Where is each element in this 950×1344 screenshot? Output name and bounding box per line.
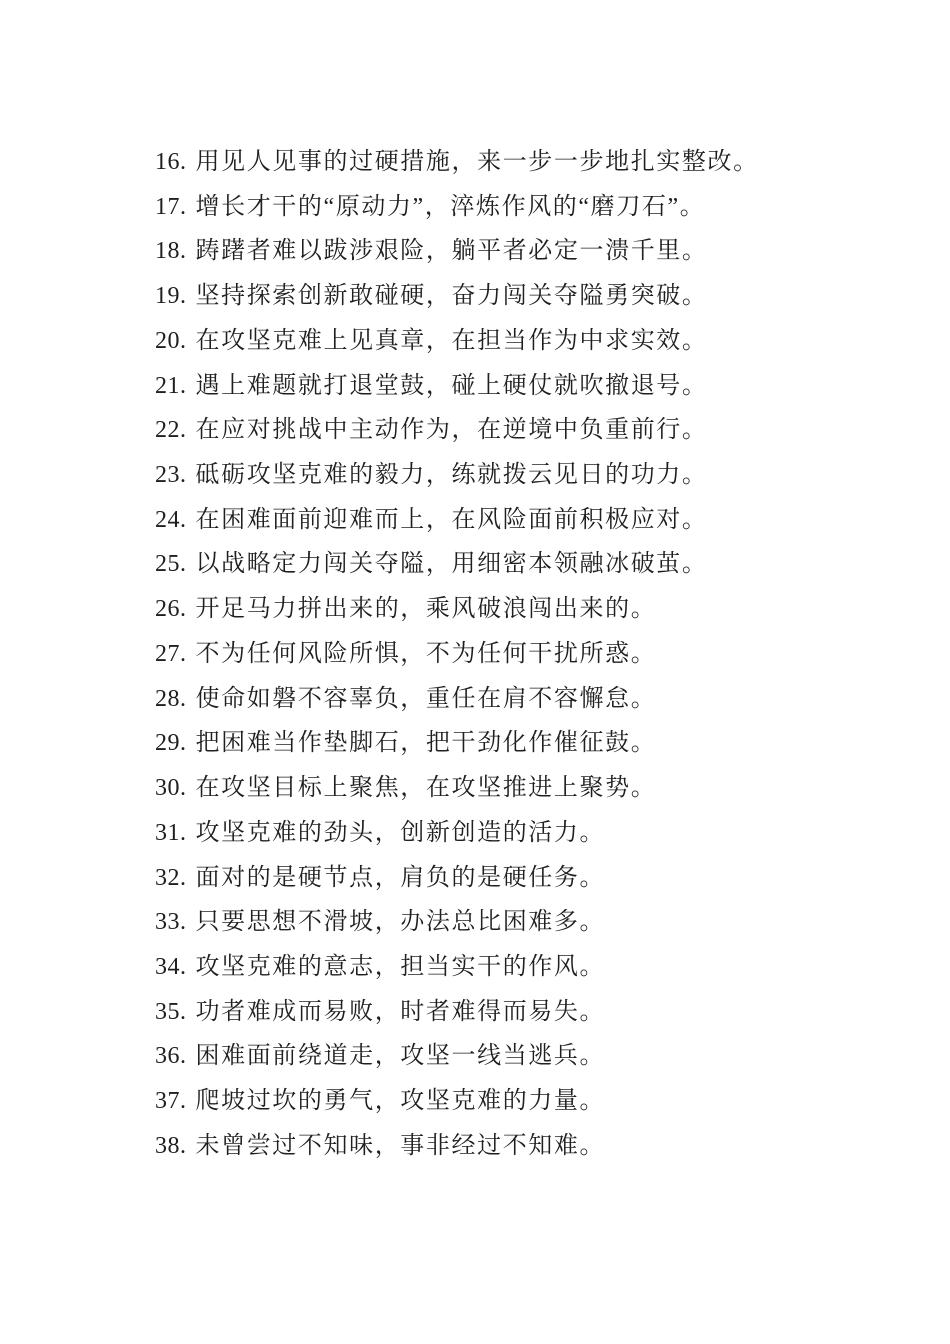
item-number: 24.: [155, 498, 187, 543]
item-text: 增长才干的“原动力”，淬炼作风的“磨刀石”。: [196, 194, 706, 220]
item-number: 33.: [155, 900, 187, 945]
item-text: 攻坚克难的意志，担当实干的作风。: [196, 954, 606, 980]
list-item: 32.面对的是硬节点，肩负的是硬任务。: [155, 856, 830, 901]
item-text: 不为任何风险所惧，不为任何干扰所惑。: [196, 641, 657, 667]
list-item: 33.只要思想不滑坡，办法总比困难多。: [155, 900, 830, 945]
document-page: 16.用见人见事的过硬措施，来一步一步地扎实整改。 17.增长才干的“原动力”，…: [0, 0, 950, 1344]
item-number: 28.: [155, 677, 187, 722]
item-number: 35.: [155, 990, 187, 1035]
item-text: 以战略定力闯关夺隘，用细密本领融冰破茧。: [196, 551, 708, 577]
list-item: 16.用见人见事的过硬措施，来一步一步地扎实整改。: [155, 140, 830, 185]
item-text: 把困难当作垫脚石，把干劲化作催征鼓。: [196, 730, 657, 756]
item-text: 在困难面前迎难而上，在风险面前积极应对。: [196, 507, 708, 533]
item-text: 在应对挑战中主动作为，在逆境中负重前行。: [196, 417, 708, 443]
list-item: 28.使命如磐不容辜负，重任在肩不容懈怠。: [155, 677, 830, 722]
list-item: 27.不为任何风险所惧，不为任何干扰所惑。: [155, 632, 830, 677]
list-item: 31.攻坚克难的劲头，创新创造的活力。: [155, 811, 830, 856]
item-number: 17.: [155, 185, 187, 230]
list-item: 24.在困难面前迎难而上，在风险面前积极应对。: [155, 498, 830, 543]
list-item: 36.困难面前绕道走，攻坚一线当逃兵。: [155, 1034, 830, 1079]
item-text: 在攻坚目标上聚焦，在攻坚推进上聚势。: [196, 775, 657, 801]
item-text: 爬坡过坎的勇气，攻坚克难的力量。: [196, 1088, 606, 1114]
item-text: 只要思想不滑坡，办法总比困难多。: [196, 909, 606, 935]
list-item: 37.爬坡过坎的勇气，攻坚克难的力量。: [155, 1079, 830, 1124]
item-text: 开足马力拼出来的，乘风破浪闯出来的。: [196, 596, 657, 622]
item-text: 面对的是硬节点，肩负的是硬任务。: [196, 865, 606, 891]
item-text: 攻坚克难的劲头，创新创造的活力。: [196, 820, 606, 846]
list-item: 17.增长才干的“原动力”，淬炼作风的“磨刀石”。: [155, 185, 830, 230]
list-item: 23.砥砺攻坚克难的毅力，练就拨云见日的功力。: [155, 453, 830, 498]
list-item: 30.在攻坚目标上聚焦，在攻坚推进上聚势。: [155, 766, 830, 811]
list-item: 20.在攻坚克难上见真章，在担当作为中求实效。: [155, 319, 830, 364]
item-text: 未曾尝过不知味，事非经过不知难。: [196, 1133, 606, 1159]
list-item: 21.遇上难题就打退堂鼓，碰上硬仗就吹撤退号。: [155, 364, 830, 409]
item-text: 遇上难题就打退堂鼓，碰上硬仗就吹撤退号。: [196, 373, 708, 399]
item-number: 32.: [155, 856, 187, 901]
item-number: 25.: [155, 542, 187, 587]
item-number: 20.: [155, 319, 187, 364]
item-number: 38.: [155, 1124, 187, 1169]
item-number: 36.: [155, 1034, 187, 1079]
item-text: 踌躇者难以跋涉艰险，躺平者必定一溃千里。: [196, 238, 708, 264]
item-number: 22.: [155, 408, 187, 453]
item-number: 23.: [155, 453, 187, 498]
item-text: 困难面前绕道走，攻坚一线当逃兵。: [196, 1043, 606, 1069]
list-item: 29.把困难当作垫脚石，把干劲化作催征鼓。: [155, 721, 830, 766]
item-text: 使命如磐不容辜负，重任在肩不容懈怠。: [196, 686, 657, 712]
item-number: 27.: [155, 632, 187, 677]
item-number: 16.: [155, 140, 187, 185]
item-number: 31.: [155, 811, 187, 856]
item-text: 用见人见事的过硬措施，来一步一步地扎实整改。: [196, 149, 759, 175]
list-item: 19.坚持探索创新敢碰硬，奋力闯关夺隘勇突破。: [155, 274, 830, 319]
list-item: 18.踌躇者难以跋涉艰险，躺平者必定一溃千里。: [155, 229, 830, 274]
list-item: 38.未曾尝过不知味，事非经过不知难。: [155, 1124, 830, 1169]
item-number: 18.: [155, 229, 187, 274]
item-number: 34.: [155, 945, 187, 990]
item-number: 26.: [155, 587, 187, 632]
list-item: 22.在应对挑战中主动作为，在逆境中负重前行。: [155, 408, 830, 453]
item-number: 19.: [155, 274, 187, 319]
item-number: 29.: [155, 721, 187, 766]
item-number: 30.: [155, 766, 187, 811]
item-text: 功者难成而易败，时者难得而易失。: [196, 999, 606, 1025]
item-number: 21.: [155, 364, 187, 409]
list-item: 35.功者难成而易败，时者难得而易失。: [155, 990, 830, 1035]
item-number: 37.: [155, 1079, 187, 1124]
list-item: 34.攻坚克难的意志，担当实干的作风。: [155, 945, 830, 990]
item-text: 坚持探索创新敢碰硬，奋力闯关夺隘勇突破。: [196, 283, 708, 309]
item-text: 砥砺攻坚克难的毅力，练就拨云见日的功力。: [196, 462, 708, 488]
list-item: 26.开足马力拼出来的，乘风破浪闯出来的。: [155, 587, 830, 632]
list-item: 25.以战略定力闯关夺隘，用细密本领融冰破茧。: [155, 542, 830, 587]
item-text: 在攻坚克难上见真章，在担当作为中求实效。: [196, 328, 708, 354]
numbered-list: 16.用见人见事的过硬措施，来一步一步地扎实整改。 17.增长才干的“原动力”，…: [155, 140, 830, 1169]
